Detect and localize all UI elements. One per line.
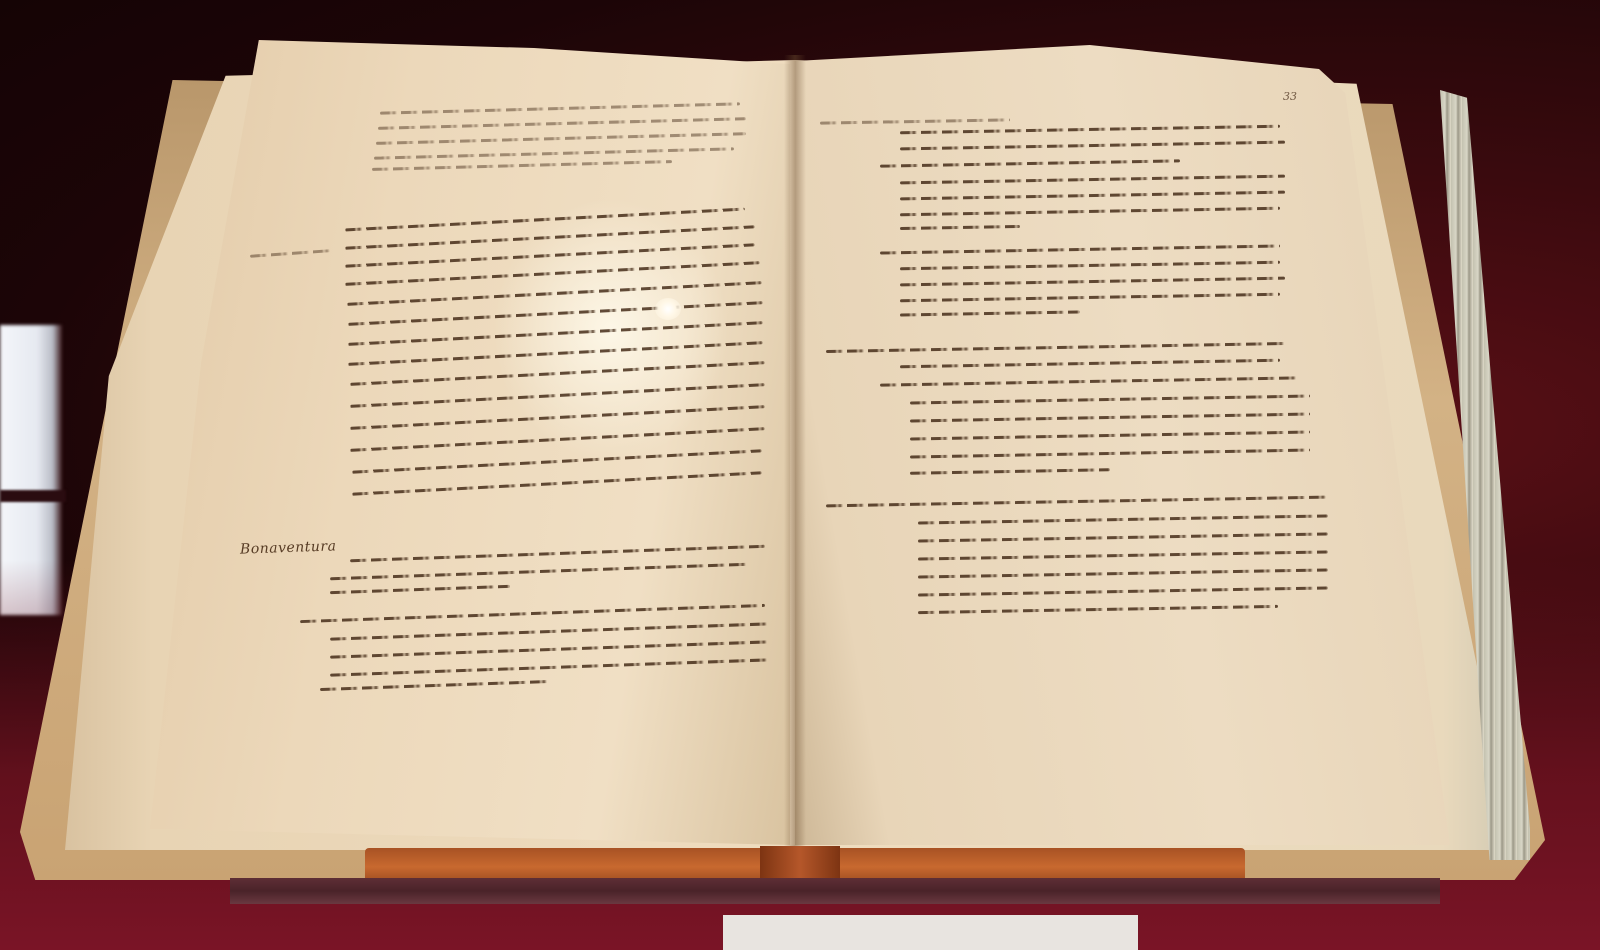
photo-scene: Bonaventura 33	[0, 0, 1600, 950]
right-page-handwriting: 33	[0, 0, 1600, 950]
display-stand-rail	[230, 878, 1440, 904]
exhibit-label-card	[723, 915, 1138, 950]
folio-number: 33	[1283, 90, 1297, 103]
